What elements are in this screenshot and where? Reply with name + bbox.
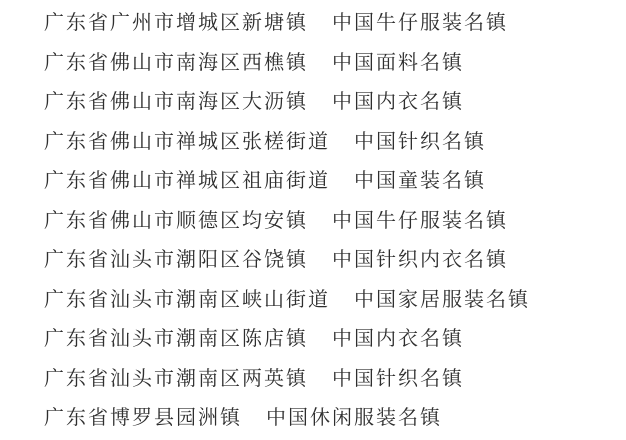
industry-title: 中国童装名镇 [354, 164, 486, 193]
industry-title: 中国针织内衣名镇 [332, 243, 508, 272]
industry-title: 中国牛仔服装名镇 [332, 204, 508, 233]
list-item: 广东省博罗县园洲镇 中国休闲服装名镇 [44, 396, 626, 436]
industry-title: 中国内衣名镇 [332, 85, 464, 114]
town-name: 广东省佛山市禅城区张槎街道 [44, 125, 330, 154]
town-name: 广东省汕头市潮南区陈店镇 [44, 322, 308, 351]
industry-title: 中国牛仔服装名镇 [332, 6, 508, 35]
town-name: 广东省汕头市潮南区峡山街道 [44, 283, 330, 312]
list-item: 广东省汕头市潮南区陈店镇 中国内衣名镇 [44, 317, 626, 357]
town-name: 广东省汕头市潮阳区谷饶镇 [44, 243, 308, 272]
list-item: 广东省佛山市南海区大沥镇 中国内衣名镇 [44, 80, 626, 120]
town-name: 广东省佛山市禅城区祖庙街道 [44, 164, 330, 193]
document-page: 广东省广州市增城区新塘镇 中国牛仔服装名镇 广东省佛山市南海区西樵镇 中国面料名… [0, 0, 626, 440]
list-item: 广东省佛山市禅城区祖庙街道 中国童装名镇 [44, 159, 626, 199]
industry-title: 中国针织名镇 [354, 125, 486, 154]
town-name: 广东省博罗县园洲镇 [44, 401, 242, 430]
town-name: 广东省汕头市潮南区两英镇 [44, 362, 308, 391]
list-item: 广东省广州市增城区新塘镇 中国牛仔服装名镇 [44, 1, 626, 41]
town-name: 广东省佛山市南海区西樵镇 [44, 46, 308, 75]
industry-title: 中国面料名镇 [332, 46, 464, 75]
town-name: 广东省佛山市南海区大沥镇 [44, 85, 308, 114]
list-item: 广东省佛山市禅城区张槎街道 中国针织名镇 [44, 120, 626, 160]
industry-title: 中国家居服装名镇 [354, 283, 530, 312]
list-item: 广东省佛山市南海区西樵镇 中国面料名镇 [44, 41, 626, 81]
list-item: 广东省汕头市潮南区两英镇 中国针织名镇 [44, 357, 626, 397]
list-item: 广东省汕头市潮南区峡山街道 中国家居服装名镇 [44, 278, 626, 318]
industry-title: 中国内衣名镇 [332, 322, 464, 351]
list-item: 广东省汕头市潮阳区谷饶镇 中国针织内衣名镇 [44, 238, 626, 278]
list-item: 广东省佛山市顺德区均安镇 中国牛仔服装名镇 [44, 199, 626, 239]
industry-title: 中国针织名镇 [332, 362, 464, 391]
town-name: 广东省广州市增城区新塘镇 [44, 6, 308, 35]
town-name: 广东省佛山市顺德区均安镇 [44, 204, 308, 233]
industry-title: 中国休闲服装名镇 [266, 401, 442, 430]
